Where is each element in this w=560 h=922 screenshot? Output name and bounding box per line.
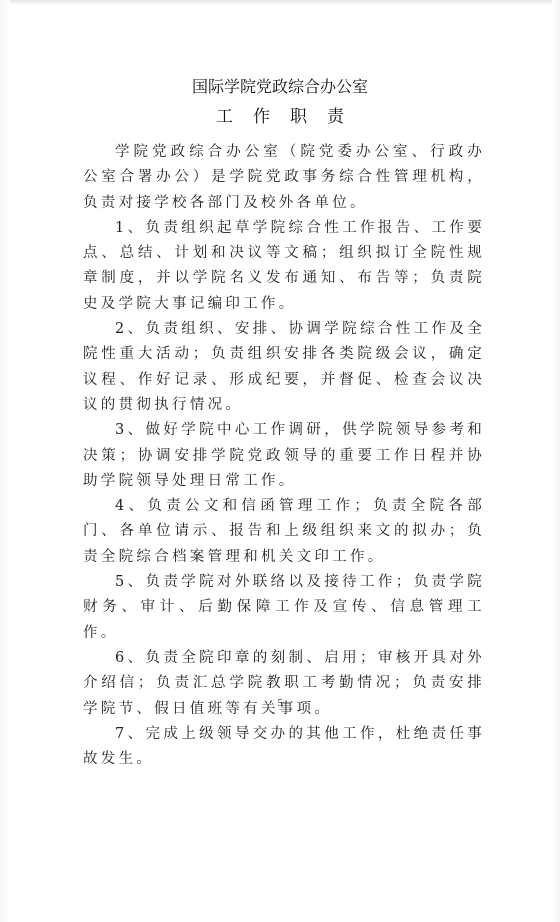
duty-paragraph-3: 3、做好学院中心工作调研，供学院领导参考和决策；协调安排学院党政领导的重要工作日… [83,418,485,494]
document-title: 国际学院党政综合办公室 [0,74,560,97]
scan-edge-right [552,0,560,922]
duty-paragraph-2: 2、负责组织、安排、协调学院综合性工作及全院性重大活动；负责组织安排各类院级会议… [83,317,485,418]
document-subtitle: 工作职责 [0,102,560,127]
subtitle-char: 责 [327,102,344,127]
subtitle-char: 工 [216,102,233,127]
duty-paragraph-7: 7、完成上级领导交办的其他工作，杜绝责任事故发生。 [83,722,485,773]
intro-paragraph: 学院党政综合办公室（院党委办公室、行政办公室合署办公）是学院党政事务综合性管理机… [83,140,485,216]
page-number: 5 [0,698,560,709]
duty-paragraph-5: 5、负责学院对外联络以及接待工作；负责学院财务、审计、后勤保障工作及宣传、信息管… [83,570,485,646]
scan-edge-top [0,0,560,4]
duty-paragraph-1: 1、负责组织起草学院综合性工作报告、工作要点、总结、计划和决议等文稿；组织拟订全… [83,216,485,317]
duty-paragraph-6: 6、负责全院印章的刻制、启用；审核开具对外介绍信；负责汇总学院教职工考勤情况；负… [83,646,485,722]
document-body: 学院党政综合办公室（院党委办公室、行政办公室合署办公）是学院党政事务综合性管理机… [83,140,485,772]
subtitle-char: 作 [253,102,270,127]
duty-paragraph-4: 4、负责公文和信函管理工作；负责全院各部门、各单位请示、报告和上级组织来文的拟办… [83,494,485,570]
subtitle-char: 职 [290,102,307,127]
scan-edge-left [0,0,10,922]
